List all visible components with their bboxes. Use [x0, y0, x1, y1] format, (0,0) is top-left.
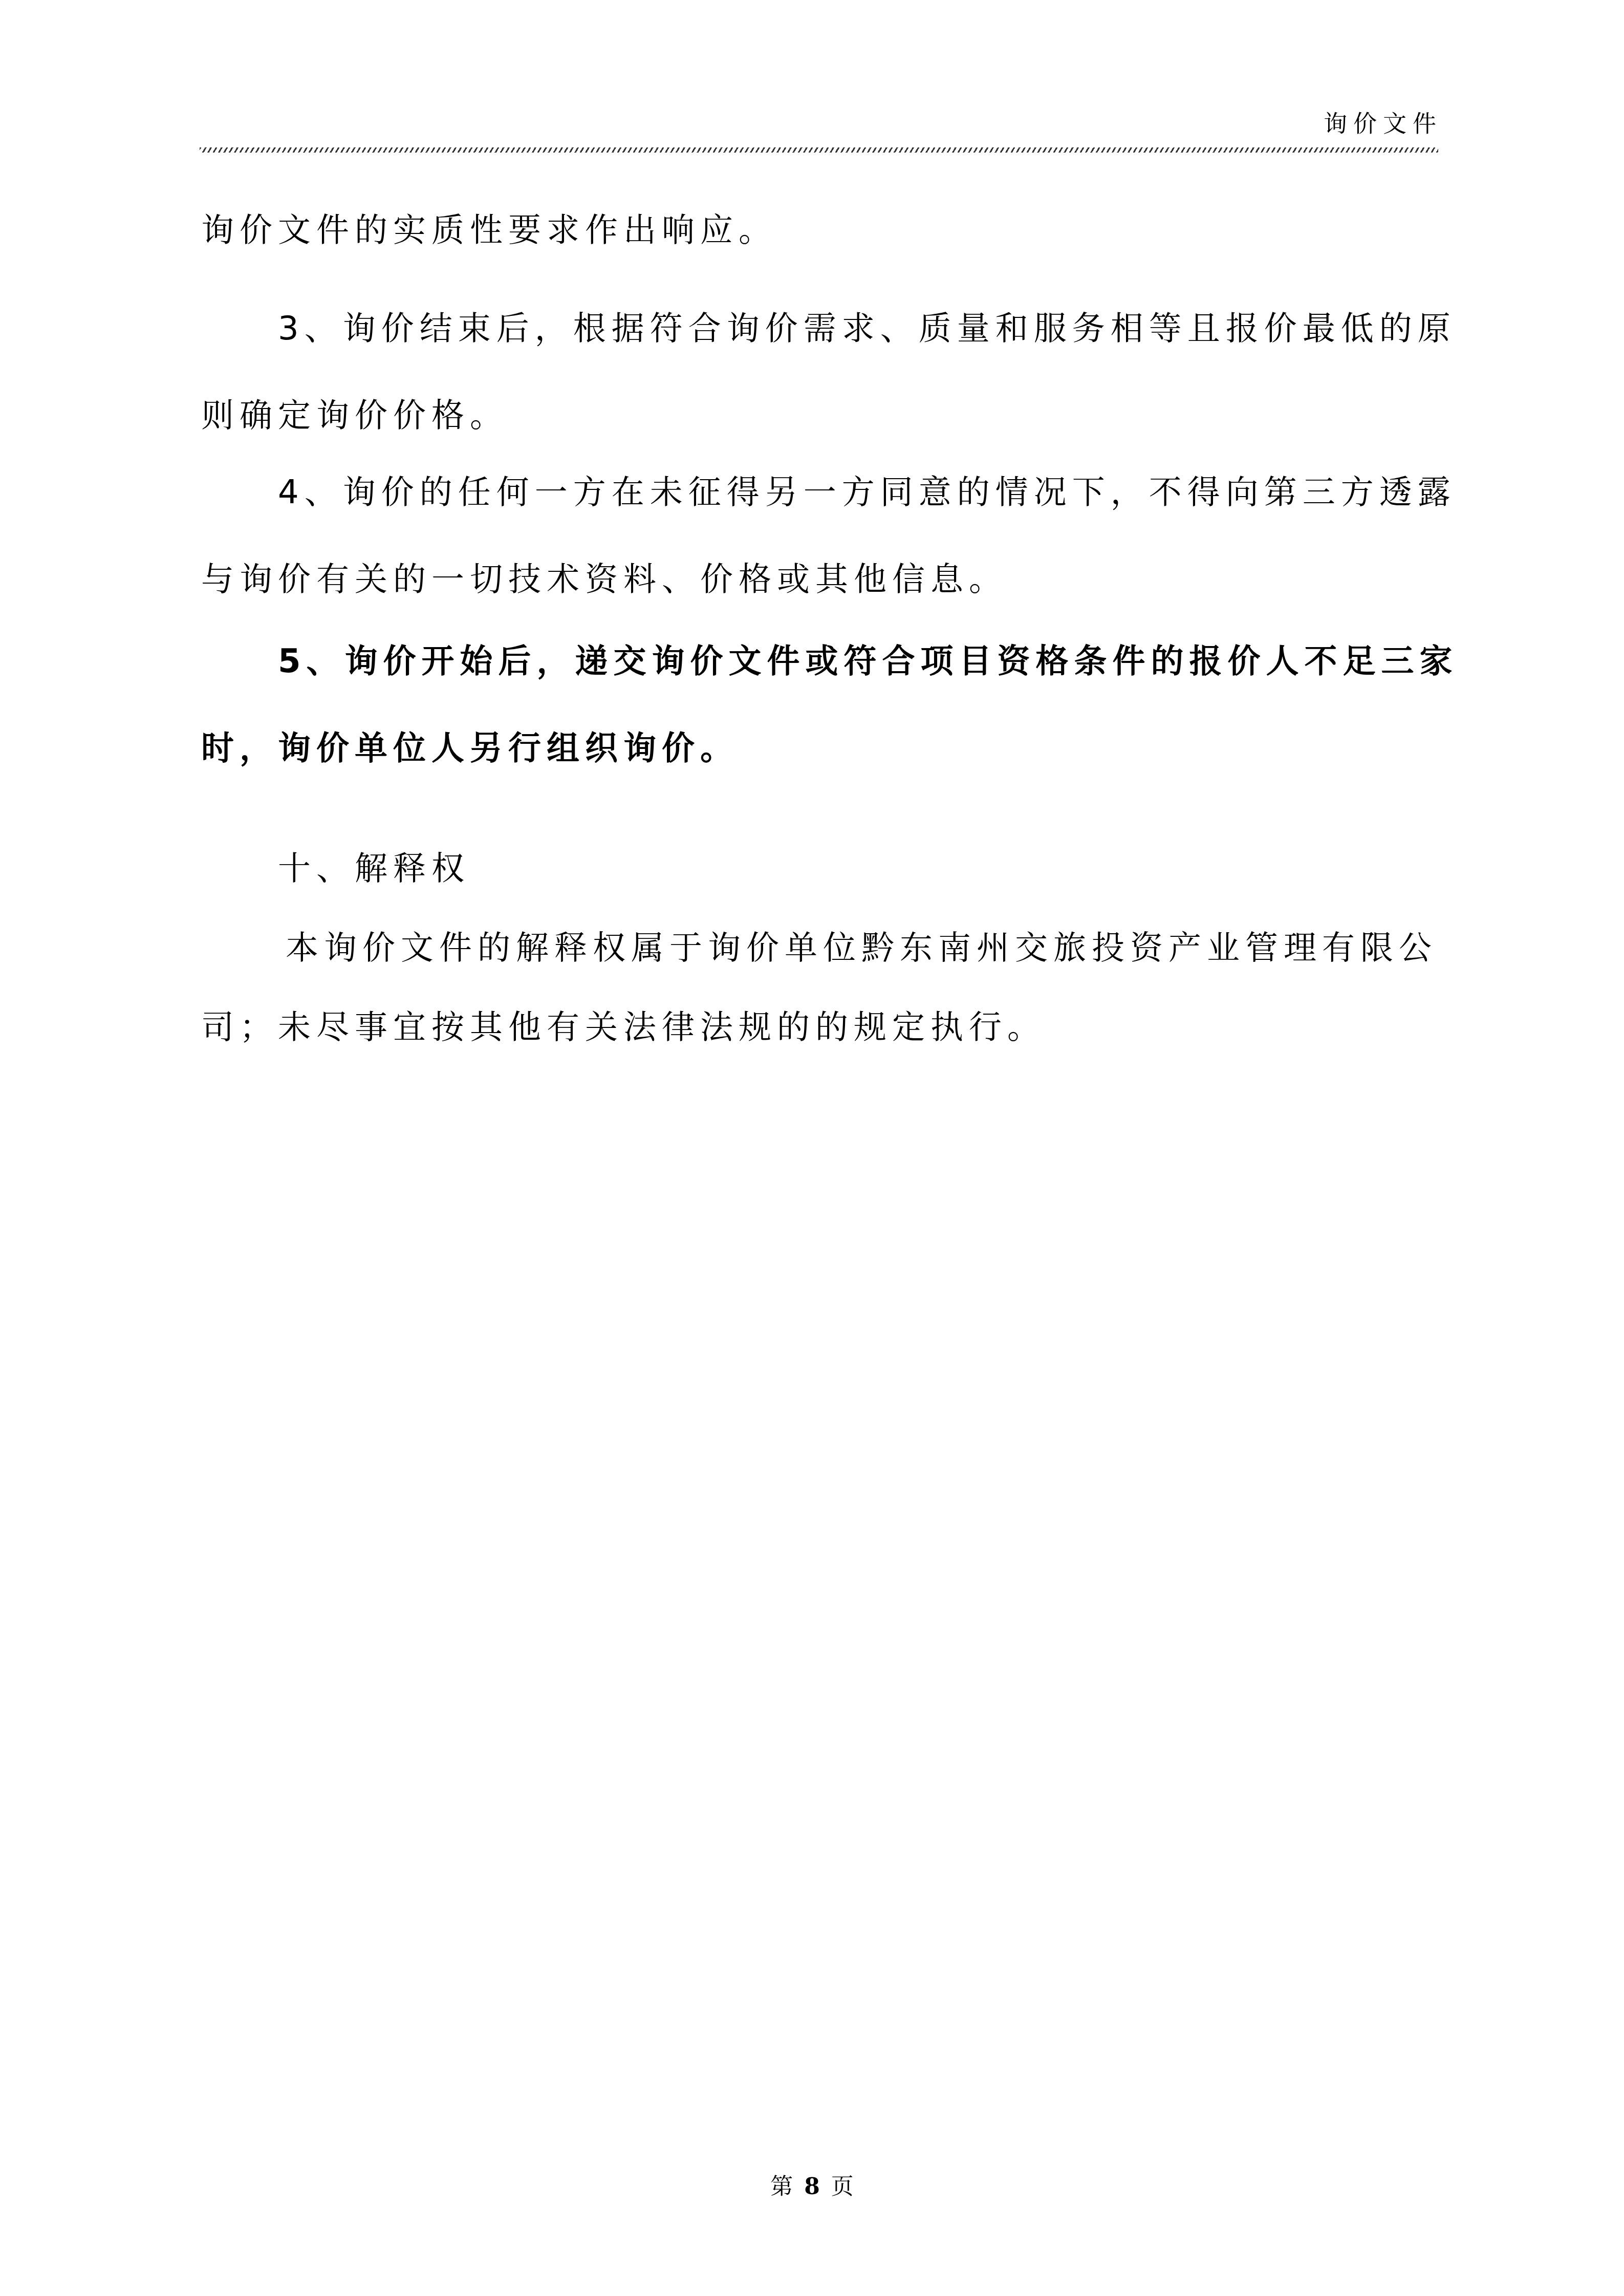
section-body-line-2: 司；未尽事宜按其他有关法律法规的的规定执行。 [201, 1011, 1046, 1044]
clause-4-line-2: 与询价有关的一切技术资料、价格或其他信息。 [201, 563, 1007, 596]
section-body-line-1: 本询价文件的解释权属于询价单位黔东南州交旅投资产业管理有限公 [286, 932, 1437, 964]
page-footer: 第8页 [0, 2168, 1624, 2201]
page-number: 8 [804, 2174, 820, 2200]
header-divider [200, 147, 1438, 153]
footer-prefix: 第 [770, 2174, 793, 2200]
clause-5-line-1: 5、询价开始后，递交询价文件或符合项目资格条件的报价人不足三家 [278, 645, 1458, 678]
paragraph-continuation-line: 询价文件的实质性要求作出响应。 [201, 214, 777, 247]
clause-4-line-1: 4、询价的任何一方在未征得另一方同意的情况下，不得向第三方透露 [278, 476, 1456, 509]
page-header-title: 询价文件 [1324, 105, 1442, 139]
section-heading: 十、解释权 [278, 852, 470, 885]
clause-3-line-2: 则确定询价价格。 [201, 399, 508, 432]
clause-5-line-2: 时，询价单位人另行组织询价。 [201, 732, 739, 765]
footer-suffix: 页 [831, 2174, 854, 2200]
clause-3-line-1: 3、询价结束后，根据符合询价需求、质量和服务相等且报价最低的原 [278, 312, 1456, 345]
